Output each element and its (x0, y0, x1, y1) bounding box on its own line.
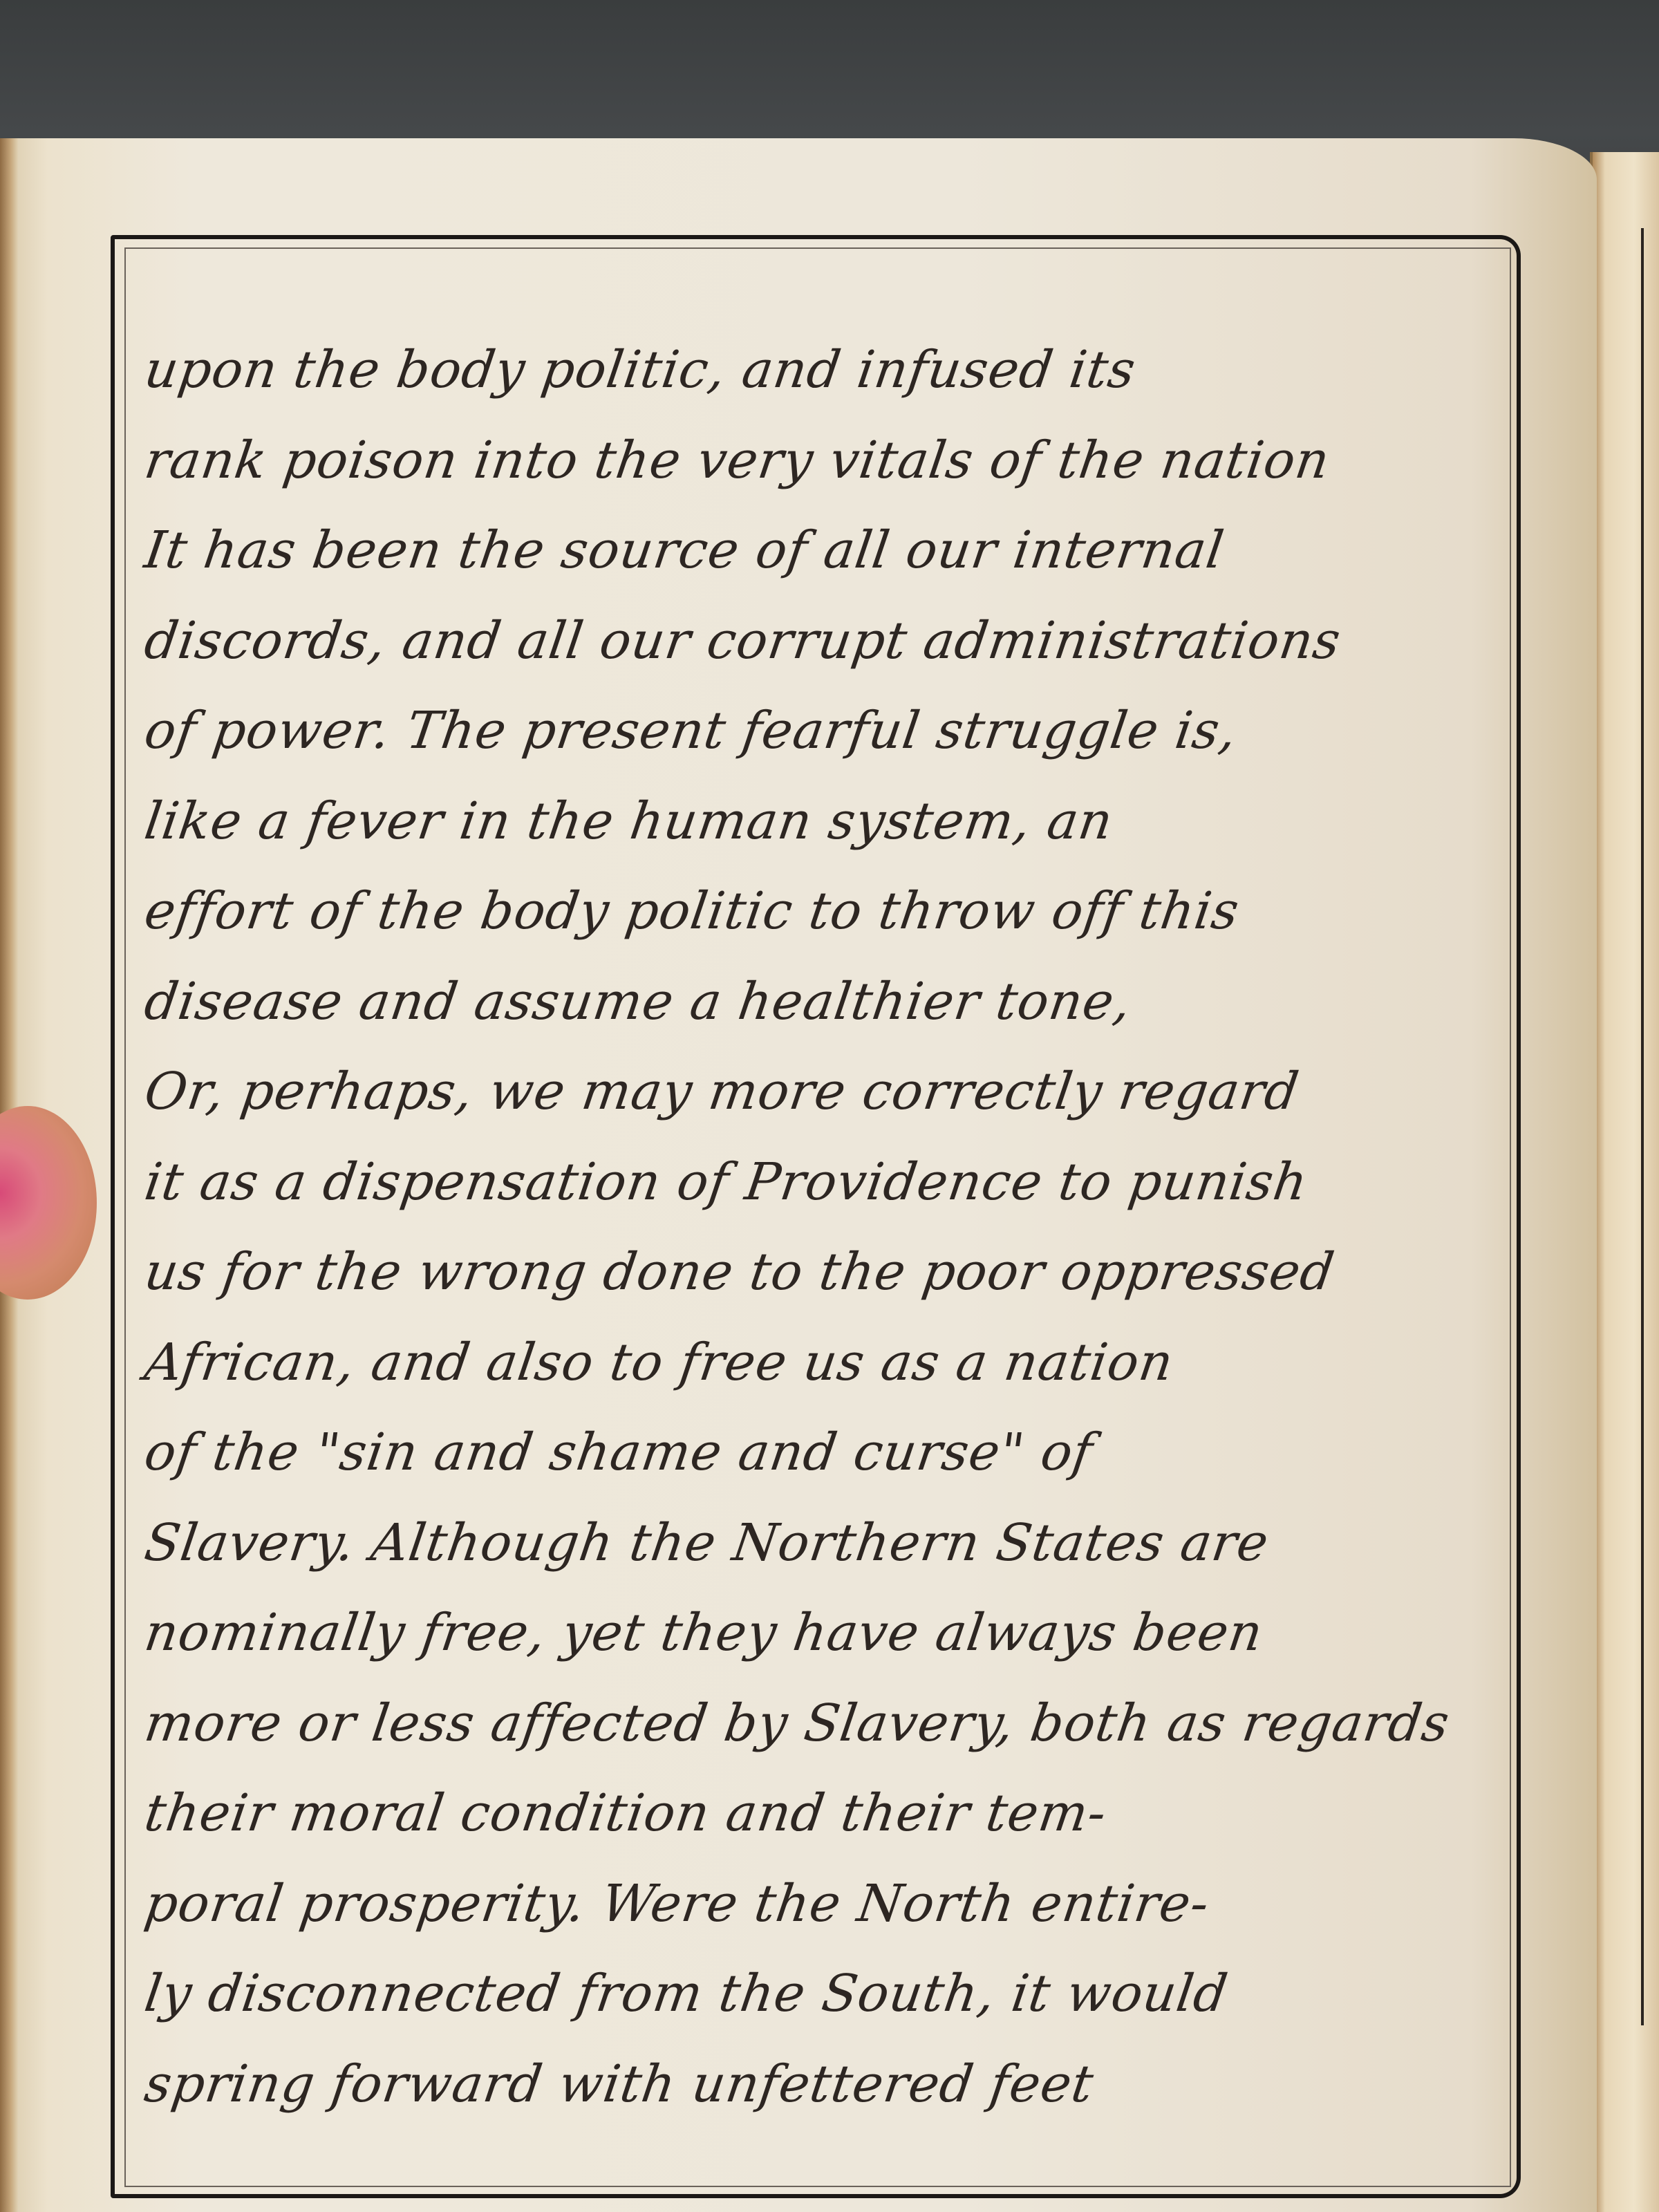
text-line: of power. The present fearful struggle i… (139, 686, 1527, 776)
text-line: like a fever in the human system, an (139, 776, 1527, 867)
text-line: Or, perhaps, we may more correctly regar… (139, 1047, 1527, 1137)
text-line: discords, and all our corrupt administra… (139, 596, 1527, 686)
text-line: upon the body politic, and infused its (139, 325, 1527, 415)
text-line: nominally free, yet they have always bee… (139, 1588, 1527, 1678)
text-line: their moral condition and their tem- (139, 1768, 1527, 1859)
facing-page-edge (1590, 152, 1659, 2212)
text-line: ly disconnected from the South, it would (139, 1949, 1527, 2039)
text-line: poral prosperity. Were the North entire- (139, 1859, 1527, 1949)
text-line: African, and also to free us as a nation (139, 1318, 1527, 1408)
handwritten-text: upon the body politic, and infused its r… (145, 325, 1521, 2129)
text-line: of the "sin and shame and curse" of (139, 1407, 1527, 1498)
text-line: effort of the body politic to throw off … (139, 866, 1527, 957)
text-line: more or less affected by Slavery, both a… (139, 1678, 1527, 1769)
text-line: rank poison into the very vitals of the … (139, 415, 1527, 506)
text-line: It has been the source of all our intern… (139, 505, 1527, 596)
text-line: disease and assume a healthier tone, (139, 957, 1527, 1047)
facing-page-rule (1641, 228, 1644, 2025)
text-line: us for the wrong done to the poor oppres… (139, 1227, 1527, 1318)
text-line: it as a dispensation of Providence to pu… (139, 1137, 1527, 1228)
text-line: spring forward with unfettered feet (139, 2039, 1527, 2130)
text-line: Slavery. Although the Northern States ar… (139, 1498, 1527, 1588)
